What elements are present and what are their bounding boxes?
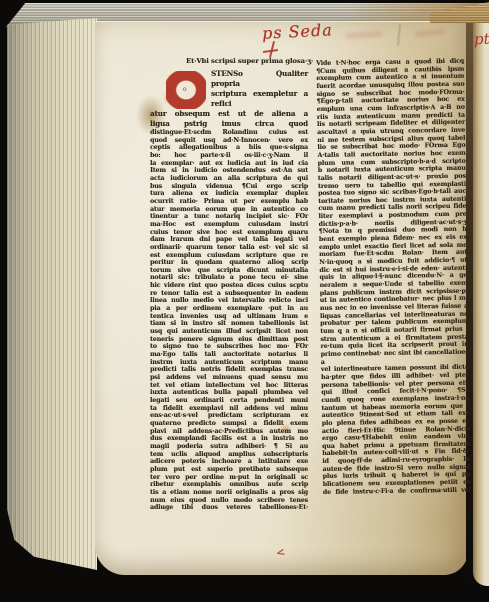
text-line: tis a etiam nome norii originalis a pros… [150, 489, 308, 497]
column-text: Vide t·N·hoc erga casu a quod ibi dicq¶C… [316, 58, 471, 497]
text-line: pia a per ordinem exemplare ·put in au [150, 305, 308, 313]
text-line: Item si in iudicio ostendendus est·An su… [150, 167, 308, 175]
text-line: distingue·Et·scdm Rolandinu cuius est [150, 129, 308, 137]
initial-guide-letter: o [183, 86, 187, 93]
text-line: tem uclis aliquod amplius subscripturis [150, 451, 308, 459]
text-line: re tenor talia est a subsequenter in ead… [150, 290, 308, 298]
text-line: adicere poteris inchoare a intitulare ex… [150, 458, 308, 466]
facing-page-running-head-partial: pt [474, 30, 489, 49]
text-line: teneris ponere signum eius dimittam post [150, 336, 308, 344]
text-line: hic videre rint quo postea dices cuius s… [150, 282, 308, 290]
illuminated-initial-o: o [166, 71, 206, 109]
text-line: cuius tenor sive hoc est exemplum quaru [150, 229, 308, 237]
text-line: adiuge tibi duos veteres tabelliones·Et· [150, 504, 308, 512]
book-photo: ps Seda pt < Et·Vbi scripsi super prima … [0, 0, 489, 602]
text-line: dam lrarum dni pape vel talia legati vel [150, 236, 308, 244]
chapter-heading: Et·Vbi scripsi super prima glosa·ʒ· [150, 57, 308, 66]
text-line: tura aliena ex iudicia exemplar duplex [150, 190, 308, 198]
text-line: quod sequit usq ad·N·Innocen· vero ex [150, 137, 308, 145]
text-line: tiam si in instro sit nomen tabellionis … [150, 320, 308, 328]
column-text: distingue·Et·scdm Rolandinu cuius estquo… [150, 129, 308, 512]
text-column-left: Et·Vbi scripsi super prima glosa·ʒ· o ST… [150, 57, 308, 512]
book-fore-edge-pages [7, 18, 97, 570]
text-line: ordinarii· quarum tenor talia est· vel s… [150, 244, 308, 252]
text-line: tet vel etiam intellectum vel hoc litter… [150, 382, 308, 390]
text-line: to signo tuo te subscribes hoc mo· FOr [150, 343, 308, 351]
text-line: plavi nil addens·ac·Predictibus autem mo [150, 428, 308, 436]
manuscript-running-head: ps Seda [262, 20, 334, 43]
text-line: ocurrit ratio· Prima ut per exemplu hab [150, 198, 308, 206]
text-line: acta iudiciorum an alia scriptura de qui [150, 175, 308, 183]
text-line: tentica invenies usq ad ultimam lram e [150, 313, 308, 321]
text-line: tinentur a tunc notariq incipiet sic· FO… [150, 213, 308, 221]
text-line: torum sive que scripta dicunt minutalia [150, 267, 308, 275]
text-line: magii poderia sutra adhiberi· ¶ Si au [150, 443, 308, 451]
text-line: ma·Ego talis tali auctoritate notarius l… [150, 351, 308, 359]
text-line: ribetur exemplabis omnibus aute scrip [150, 481, 308, 489]
text-line: bo: hoc parte·x·ii os·iii·c·ʒ·Nam il [150, 152, 308, 160]
text-line: ens·ac·ut·s·vel predictam scripturam ex [150, 412, 308, 420]
text-line: atur obsequm est ut de aliena a [150, 109, 308, 119]
facing-page-edge [473, 5, 489, 586]
text-line: legati seu ordinarii certa pendenti muni [150, 397, 308, 405]
text-line: linea nullo medio vel intervallo relicto… [150, 297, 308, 305]
text-line: ta fidelit exemplavi nil addens vel minu [150, 405, 308, 413]
text-line: usq qui autenticum illud scripsit licet … [150, 328, 308, 336]
text-line: dus exemplandi facilis est a in instris … [150, 435, 308, 443]
text-line: plum put est superio pretibato subseque [150, 466, 308, 474]
text-line: num eius quod nullo modo scribere tenes [150, 497, 308, 505]
text-line: instrm iuxta autenticum scriptum manu [150, 359, 308, 367]
text-line: predicti talis notris fidelit exemplas t… [150, 366, 308, 374]
text-line: peritur in quodam quaterno alioq scrip [150, 259, 308, 267]
text-line: ter vero per ordine m·put in originali s… [150, 474, 308, 482]
text-line: atur memoria eorum que in autentico co [150, 206, 308, 214]
text-column-right: Vide t·N·hoc erga casu a quod ibi dicq¶C… [316, 58, 471, 497]
text-line: iuxta autenticas bulla papali plumbea ve… [150, 389, 308, 397]
text-line: bus singula videnua ¶Cui ergo scrip [150, 183, 308, 191]
text-line: ma·Hoc est exemplum cuiusdam instri [150, 221, 308, 229]
text-line: la exemplar· aut ex iudicia aut in iud c… [150, 160, 308, 168]
text-line: ligua pstrig imus circa quod [150, 119, 308, 129]
text-line: ceptis allegationibus a hiis que·s·signa [150, 144, 308, 152]
text-line: psi addens vel minuens quad sensu mu [150, 374, 308, 382]
text-line: quaterno predicto sumpsi a fidelit exem [150, 420, 308, 428]
text-line: est exemplum cuiusdam scripture que re [150, 252, 308, 260]
text-line: notarii sic: tribulato a pone tecu ei· s… [150, 274, 308, 282]
